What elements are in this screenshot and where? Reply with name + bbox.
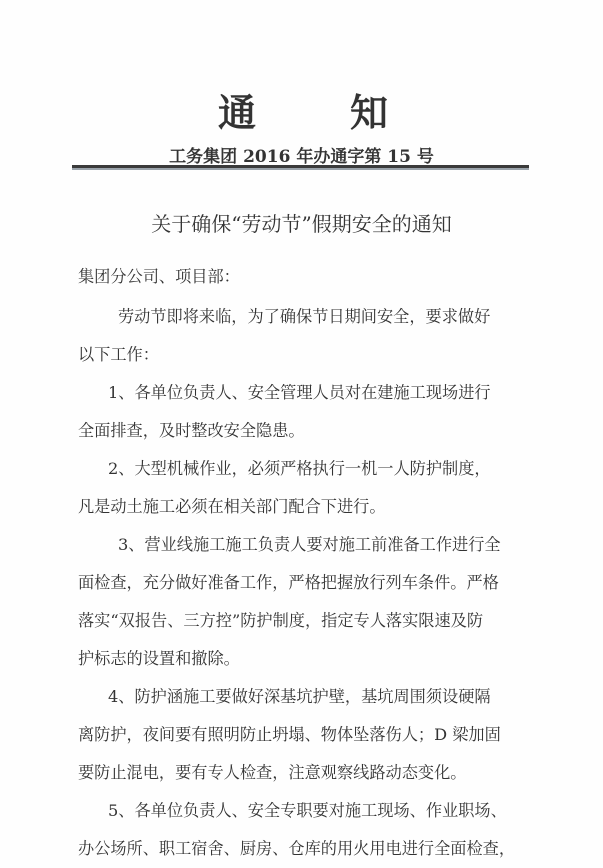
body-line: 1、各单位负责人、安全管理人员对在建施工现场进行 [108, 379, 491, 403]
body-line: 5、各单位负责人、安全专职要对施工现场、作业职场、 [108, 797, 507, 821]
body-line: 办公场所、职工宿舍、厨房、仓库的用火用电进行全面检查， [78, 835, 515, 859]
body-line: 面检查，充分做好准备工作，严格把握放行列车条件。严格 [78, 569, 499, 593]
title-char-2: 知 [350, 82, 388, 137]
body-line: 劳动节即将来临，为了确保节日期间安全，要求做好 [118, 303, 490, 327]
body-line: 2、大型机械作业，必须严格执行一机一人防护制度， [108, 455, 491, 479]
body-line: 离防护，夜间要有照明防止坍塌、物体坠落伤人；D 梁加固 [78, 721, 501, 745]
body-line: 落实“双报告、三方控”防护制度，指定专人落实限速及防 [78, 607, 483, 631]
document-page: 通 知 工务集团 2016 年办通字第 15 号 关于确保“劳动节”假期安全的通… [0, 0, 603, 868]
body-line: 4、防护涵施工要做好深基坑护壁，基坑周围须设硬隔 [108, 683, 491, 707]
body-line: 凡是动土施工必须在相关部门配合下进行。 [78, 493, 386, 517]
header-rule [72, 165, 529, 170]
body-line: 全面排查，及时整改安全隐患。 [78, 417, 305, 441]
body-line: 要防止混电，要有专人检查，注意观察线路动态变化。 [78, 759, 467, 783]
body-line: 3、营业线施工施工负责人要对施工前准备工作进行全 [118, 531, 501, 555]
salutation: 集团分公司、项目部： [78, 263, 240, 287]
document-number: 工务集团 2016 年办通字第 15 号 [0, 142, 603, 167]
body-line: 以下工作： [78, 341, 159, 365]
title-char-1: 通 [218, 82, 256, 137]
document-subject: 关于确保“劳动节”假期安全的通知 [0, 208, 603, 237]
body-line: 护标志的设置和撤除。 [78, 645, 240, 669]
